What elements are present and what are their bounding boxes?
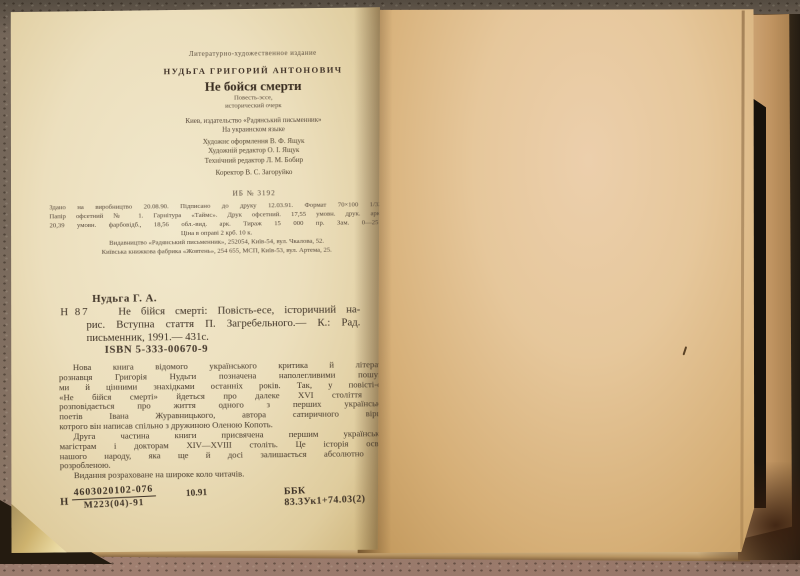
catalog-entry-line: рис. Вступна стаття П. Загребельного.— К…: [86, 316, 360, 331]
publisher-note: Киев, издательство «Радянський письменни…: [130, 115, 376, 135]
bbk-index: ББК 83.3Ук1+74.03(2): [284, 482, 375, 508]
credit-line: Коректор В. С. Загоруйко: [131, 167, 377, 179]
left-imprint-page: Литературно-художественное издание НУДЬГ…: [4, 5, 380, 554]
footer-letter: Н: [60, 497, 69, 508]
credit-line: Технічний редактор Л. М. Бобир: [131, 155, 377, 167]
catalog-author: Нудьга Г. А.: [92, 292, 157, 305]
date-code: 10.91: [186, 488, 208, 499]
printing-house-address: Київська книжкова фабрика «Жовтень», 254…: [50, 245, 384, 257]
annotation: Нова книга відомого українського критика…: [59, 360, 390, 481]
edition-note: Литературно-художественное издание: [130, 49, 376, 58]
catalog-index: Н 87: [60, 306, 89, 319]
editorial-credits: Художнє оформлення В. Ф. Ящук Художній р…: [131, 136, 377, 179]
udc-fraction: 4603020102-076 М223(04)-91: [71, 483, 156, 511]
imprint-page-text: Литературно-художественное издание НУДЬГ…: [1, 3, 382, 556]
publisher-line: На украинском языке: [131, 124, 377, 135]
isbn: ISBN 5-333-00670-9: [105, 342, 361, 357]
author-name-caps: НУДЬГА ГРИГОРИЙ АНТОНОВИЧ: [130, 64, 376, 76]
ib-number: ИБ № 3192: [131, 188, 377, 198]
print-imprint: Здано на виробництво 20.08.90. Підписано…: [49, 200, 384, 257]
catalog-card: Н 87 Не бійся смерті: Повість-есе, істор…: [86, 303, 360, 357]
paper-speck: [682, 346, 687, 355]
subtitle-line: исторический очерк: [130, 101, 376, 111]
page-edge-crease: [740, 10, 744, 549]
subtitle: Повесть-эссе, исторический очерк: [130, 93, 376, 111]
right-blank-page: [355, 5, 756, 557]
